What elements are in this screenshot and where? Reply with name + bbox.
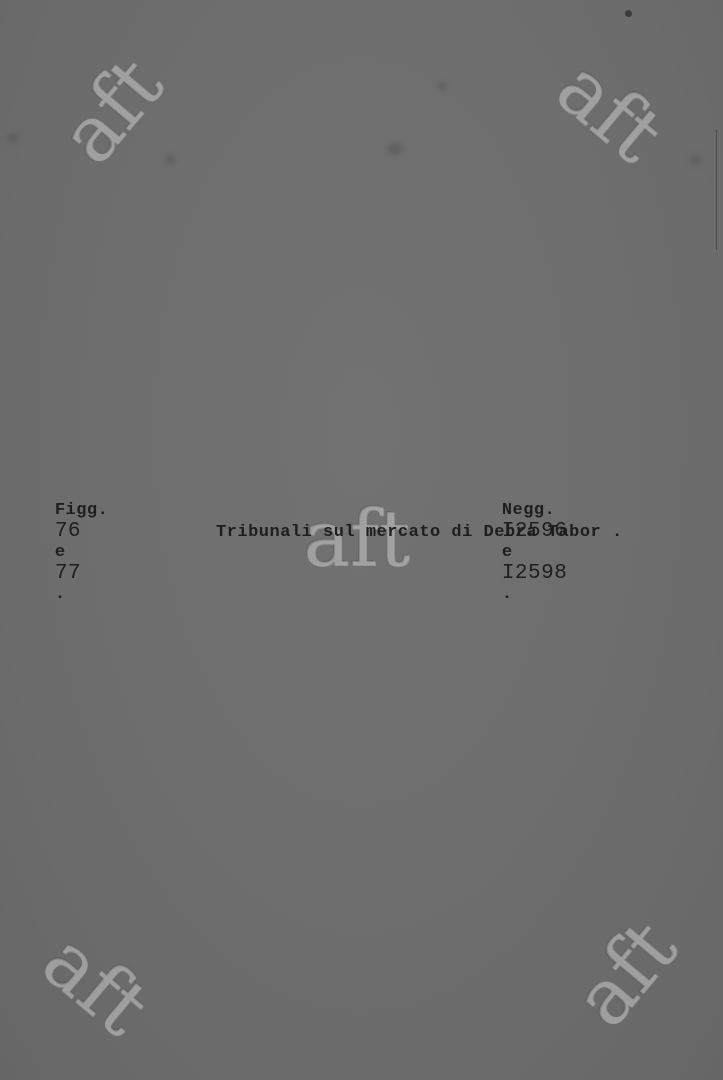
watermark-bottom-right: aft [561, 908, 689, 1040]
figure-conjunction: e [55, 543, 66, 562]
watermark-top-right: aft [543, 47, 675, 175]
negative-end: . [502, 585, 513, 604]
negative-number-2: I2598 [502, 562, 568, 585]
photo-title: Tribunali sul mercato di Debra Tabor . [216, 523, 623, 542]
stain [690, 155, 700, 165]
figure-number-1: 76 [55, 520, 81, 543]
negative-caption: Negg. I2596 e I2598 . [459, 482, 567, 623]
scan-edge [716, 130, 717, 250]
stain [388, 143, 402, 155]
figure-caption: Figg. 76 e 77 . [12, 482, 108, 623]
stain [165, 155, 175, 164]
negative-conjunction: e [502, 543, 513, 562]
figure-prefix: Figg. [55, 501, 109, 520]
negative-prefix: Negg. [502, 501, 556, 520]
scanned-page: aft aft aft aft aft Figg. 76 e 77 . Negg… [0, 0, 723, 1080]
watermark-bottom-left: aft [29, 920, 161, 1048]
stain [438, 82, 446, 90]
ink-speck [625, 10, 632, 17]
figure-end: . [55, 585, 66, 604]
stain [8, 133, 18, 143]
watermark-top-left: aft [47, 45, 175, 177]
figure-number-2: 77 [55, 562, 81, 585]
